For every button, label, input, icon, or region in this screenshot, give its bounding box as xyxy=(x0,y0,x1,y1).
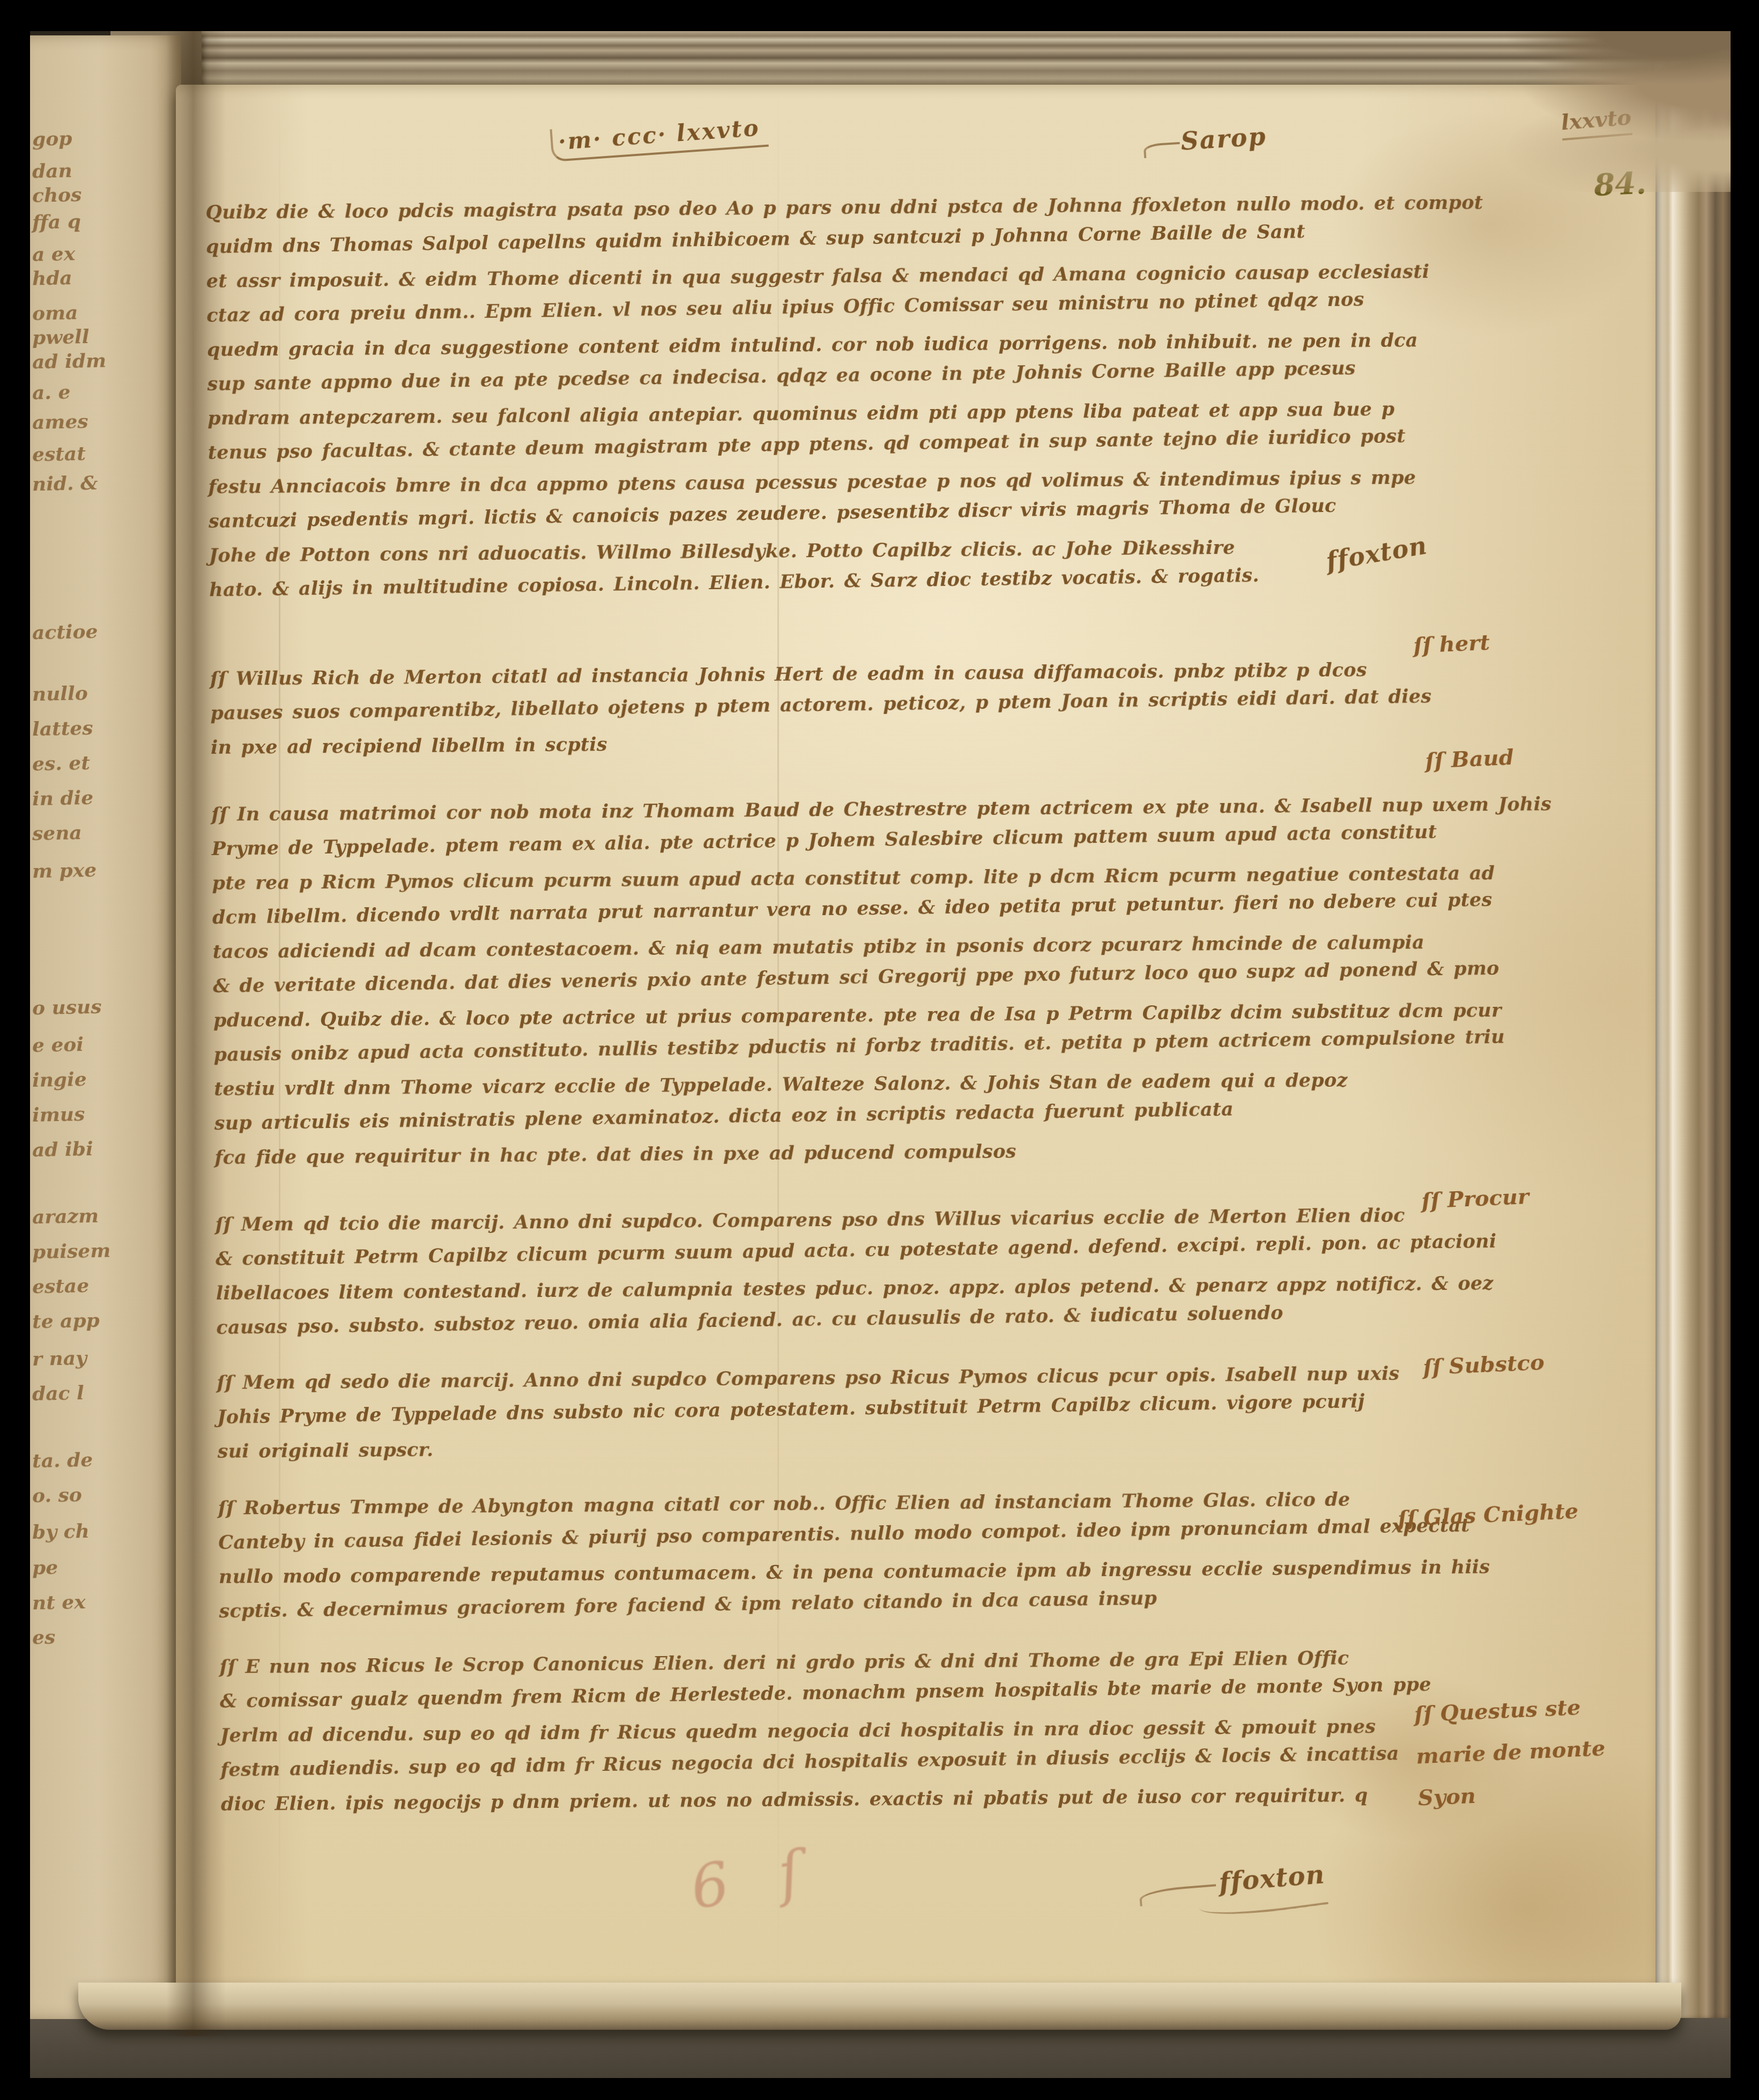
facing-page-text-fragment: hda xyxy=(32,266,73,290)
margin-note-monte-syon: ſſ Questus stemarie de monteSyon xyxy=(1413,1686,1608,1819)
facing-page-text-fragment: m pxe xyxy=(32,859,97,883)
year-heading: ·m· ccc· lxxvto xyxy=(550,114,769,162)
body-paragraph: Quibz die & loco pdcis magistra psata ps… xyxy=(205,184,1397,607)
page-writing: ·m· ccc· lxxvto Sarop lxxvto 84. Quibz d… xyxy=(168,76,1666,2009)
facing-page-text-fragment: o. so xyxy=(32,1483,83,1507)
manuscript-photo: { "header": { "year_heading": "·m· ccc· … xyxy=(0,0,1759,2100)
body-paragraph: ſſ Mem qd sedo die marcij. Anno dni supd… xyxy=(217,1355,1405,1469)
body-paragraph: ſſ Mem qd tcio die marcij. Anno dni supd… xyxy=(215,1197,1404,1345)
facing-page-text-fragment: e eoi xyxy=(32,1033,84,1057)
margin-note-subst: ſſ Substco xyxy=(1422,1349,1545,1380)
parchment-page: ·m· ccc· lxxvto Sarop lxxvto 84. Quibz d… xyxy=(176,85,1656,2004)
margin-note-hert: ſſ hert xyxy=(1413,630,1490,658)
tailband-knot xyxy=(132,1993,234,2052)
facing-page-text-fragment: chos xyxy=(32,183,82,207)
gutter-shadow xyxy=(167,31,226,2036)
body-paragraph: ſſ Willus Rich de Merton citatl ad insta… xyxy=(210,651,1399,765)
facing-page-text-fragment: dan xyxy=(32,159,73,183)
facing-page-text-fragment: oma xyxy=(32,301,78,325)
facing-page-text-fragment: ffa q xyxy=(32,210,81,234)
facing-page-text-fragment: ingie xyxy=(32,1068,87,1092)
facing-page-text-fragment: in die xyxy=(32,786,94,810)
facing-page-text-fragment: sena xyxy=(32,821,83,845)
body-paragraph: ſſ In causa matrimoi cor nob mota inz Th… xyxy=(211,786,1402,1175)
page-edges-right xyxy=(1654,61,1731,2018)
facing-page-text-fragment: a. e xyxy=(32,381,71,404)
facing-page-text-fragment: actioe xyxy=(32,620,98,644)
facing-page-text-fragment: imus xyxy=(32,1103,85,1126)
facing-page-text-fragment: te app xyxy=(32,1309,100,1333)
county-heading: Sarop xyxy=(1180,122,1267,156)
book-bottom-edge xyxy=(78,1983,1681,2030)
facing-page-text-fragment: o usus xyxy=(32,996,102,1020)
facing-page-text-fragment: arazm xyxy=(32,1205,99,1229)
facing-page-text-fragment: puisem xyxy=(32,1239,111,1263)
facing-page-strip: gopdanchosffa qa exhdaomapwellad idma. e… xyxy=(30,35,181,2019)
body-paragraph: ſſ Robertus Tmmpe de Abyngton magna cita… xyxy=(218,1480,1406,1629)
facing-page-text-fragment: dac l xyxy=(32,1382,84,1405)
bottom-signature-ffoxton: ffoxton xyxy=(1218,1859,1326,1898)
facing-page-text-fragment: nullo xyxy=(32,682,88,706)
facing-page-text-fragment: by ch xyxy=(32,1520,90,1544)
margin-note-baud: ſſ Baud xyxy=(1424,745,1514,774)
margin-note-line: marie de monte xyxy=(1415,1727,1606,1778)
margin-note-procur: ſſ Procur xyxy=(1421,1184,1530,1214)
facing-page-text-fragment: pwell xyxy=(32,325,90,349)
facing-page-text-fragment: ad ibi xyxy=(32,1138,93,1161)
margin-note-glas: ſſ Glas Cnighte xyxy=(1397,1498,1579,1532)
facing-page-text-fragment: es xyxy=(32,1626,56,1649)
photo-scene: gopdanchosffa qa exhdaomapwellad idma. e… xyxy=(30,31,1731,2078)
facing-page-text-fragment: a ex xyxy=(32,242,76,266)
facing-page-text-fragment: gop xyxy=(32,127,72,151)
red-chalk-mark: 6 ſ xyxy=(686,1836,821,1923)
facing-page-text-fragment: r nay xyxy=(32,1347,87,1370)
facing-page-text-fragment: ta. de xyxy=(32,1449,93,1472)
facing-page-text-fragment: nt ex xyxy=(32,1591,86,1614)
facing-page-text-fragment: estat xyxy=(32,442,86,466)
facing-page-text-fragment: ad idm xyxy=(32,350,107,374)
facing-page-text-fragment: pe xyxy=(32,1556,58,1579)
margin-note-line: Syon xyxy=(1417,1769,1608,1820)
facing-page-text-fragment: es. et xyxy=(32,752,91,775)
facing-page-text-fragment: nid. & xyxy=(32,472,98,496)
facing-page-text-fragment: estae xyxy=(32,1274,90,1298)
facing-page-text-fragment: lattes xyxy=(32,717,93,740)
facing-page-text-fragment: ames xyxy=(32,410,88,434)
body-paragraph: ſſ E nun nos Ricus le Scrop Canonicus El… xyxy=(219,1639,1408,1822)
